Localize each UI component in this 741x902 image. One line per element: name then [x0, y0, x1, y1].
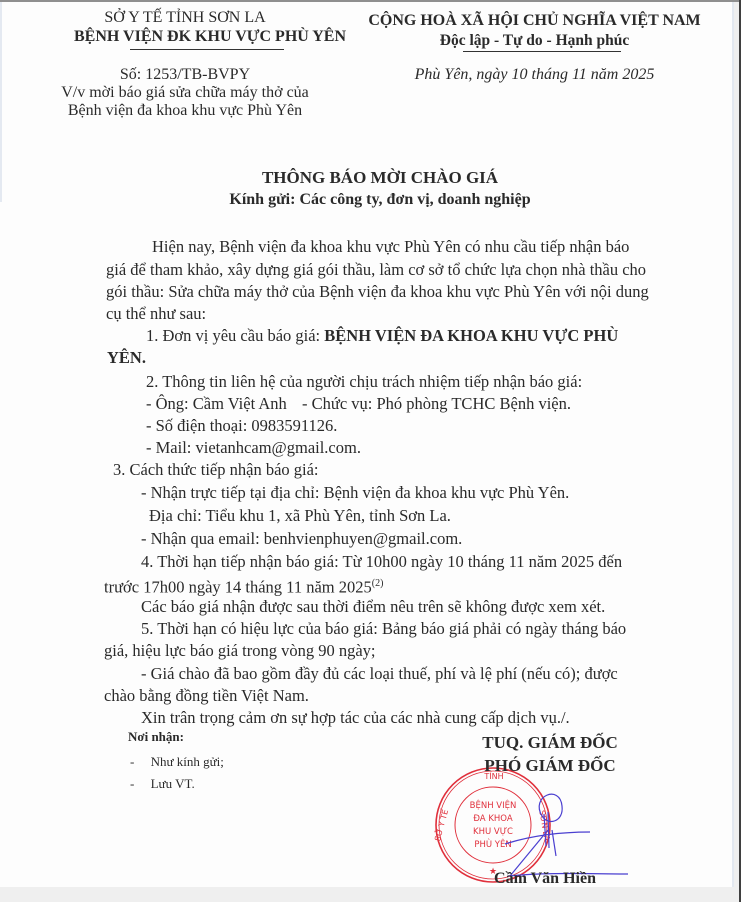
item1-label: 1. Đơn vị yêu cầu báo giá: [146, 326, 324, 345]
item4-line-2: trước 17h00 ngày 14 tháng 11 năm 2025(2) [104, 573, 383, 598]
footnote-marker: (2) [372, 578, 384, 589]
item1-value-cont: YÊN. [107, 347, 146, 368]
hospital-underline [130, 49, 284, 50]
document-number: Số: 1253/TB-BVPY [60, 66, 310, 84]
contact-person: - Ông: Cầm Việt Anh [146, 393, 287, 414]
item5-line-2: giá, hiệu lực báo giá trong vòng 90 ngày… [104, 640, 376, 661]
recipient-item: - Như kính gửi; [130, 754, 224, 770]
item4-deadline: trước 17h00 ngày 14 tháng 11 năm 2025 [104, 578, 372, 597]
contact-position: - Chức vụ: Phó phòng TCHC Bệnh viện. [302, 393, 571, 414]
stamp-left-text: SỞ Y TẾ [434, 807, 450, 842]
national-motto: Độc lập - Tự do - Hạnh phúc [362, 32, 707, 50]
contact-mail: - Mail: vietanhcam@gmail.com. [146, 437, 361, 458]
notice-recipient: Kính gửi: Các công ty, đơn vị, doanh ngh… [100, 191, 660, 209]
item1-value: BỆNH VIỆN ĐA KHOA KHU VỰC PHÙ [324, 326, 618, 345]
price-terms-line-1: - Giá chào đã bao gồm đầy đủ các loại th… [141, 663, 618, 684]
item2-heading: 2. Thông tin liên hệ của người chịu trác… [146, 371, 582, 392]
receive-email: - Nhận qua email: benhvienphuyen@gmail.c… [141, 528, 462, 549]
viewer-bottom-margin [0, 887, 739, 902]
recipients-heading: Nơi nhận: [128, 729, 184, 745]
motto-underline [463, 51, 621, 52]
recipient-item-label: Như kính gửi; [151, 754, 224, 769]
signature-title: PHÓ GIÁM ĐỐC [470, 756, 630, 776]
document-page [0, 2, 734, 887]
place-date: Phù Yên, ngày 10 tháng 11 năm 2025 [362, 66, 707, 84]
closing-line: Xin trân trọng cảm ơn sự hợp tác của các… [141, 707, 570, 728]
intro-line-1: Hiện nay, Bệnh viện đa khoa khu vực Phù … [152, 236, 629, 257]
country-name: CỘNG HOÀ XÃ HỘI CHỦ NGHĨA VIỆT NAM [362, 12, 707, 30]
signer-name: Cầm Văn Hiền [470, 870, 620, 888]
item5-line-1: 5. Thời hạn có hiệu lực của báo giá: Bản… [141, 618, 626, 639]
subject-line-2: Bệnh viện đa khoa khu vực Phù Yên [60, 102, 310, 120]
intro-line-2: giá để tham khảo, xây dựng giá gói thầu,… [106, 259, 646, 280]
item4-note: Các báo giá nhận được sau thời điểm nêu … [141, 596, 605, 617]
contact-phone: - Số điện thoại: 0983591126. [146, 415, 337, 436]
price-terms-line-2: chào bằng đồng tiền Việt Nam. [104, 685, 309, 706]
receive-direct: - Nhận trực tiếp tại địa chỉ: Bệnh viện … [141, 482, 569, 503]
item3-heading: 3. Cách thức tiếp nhận báo giá: [113, 459, 319, 480]
scan-edge-left [0, 2, 2, 202]
recipient-item: - Lưu VT. [130, 776, 195, 792]
recipient-item-label: Lưu VT. [151, 776, 195, 791]
signature-on-behalf: TUQ. GIÁM ĐỐC [470, 733, 630, 753]
item4-line-1: 4. Thời hạn tiếp nhận báo giá: Từ 10h00 … [141, 551, 622, 572]
subject-line-1: V/v mời báo giá sửa chữa máy thở của [60, 84, 310, 102]
item1-line-1: 1. Đơn vị yêu cầu báo giá: BỆNH VIỆN ĐA … [146, 325, 618, 346]
intro-line-3: gói thầu: Sửa chữa máy thở của Bệnh viện… [106, 281, 649, 302]
receive-address: Địa chỉ: Tiểu khu 1, xã Phù Yên, tỉnh Sơ… [149, 505, 451, 526]
ministry-name: SỞ Y TẾ TỈNH SƠN LA [60, 9, 310, 27]
intro-line-4: cụ thể như sau: [106, 303, 206, 324]
scan-edge-right [732, 2, 734, 887]
notice-title: THÔNG BÁO MỜI CHÀO GIÁ [100, 168, 660, 188]
hospital-name: BỆNH VIỆN ĐK KHU VỰC PHÙ YÊN [60, 28, 360, 46]
